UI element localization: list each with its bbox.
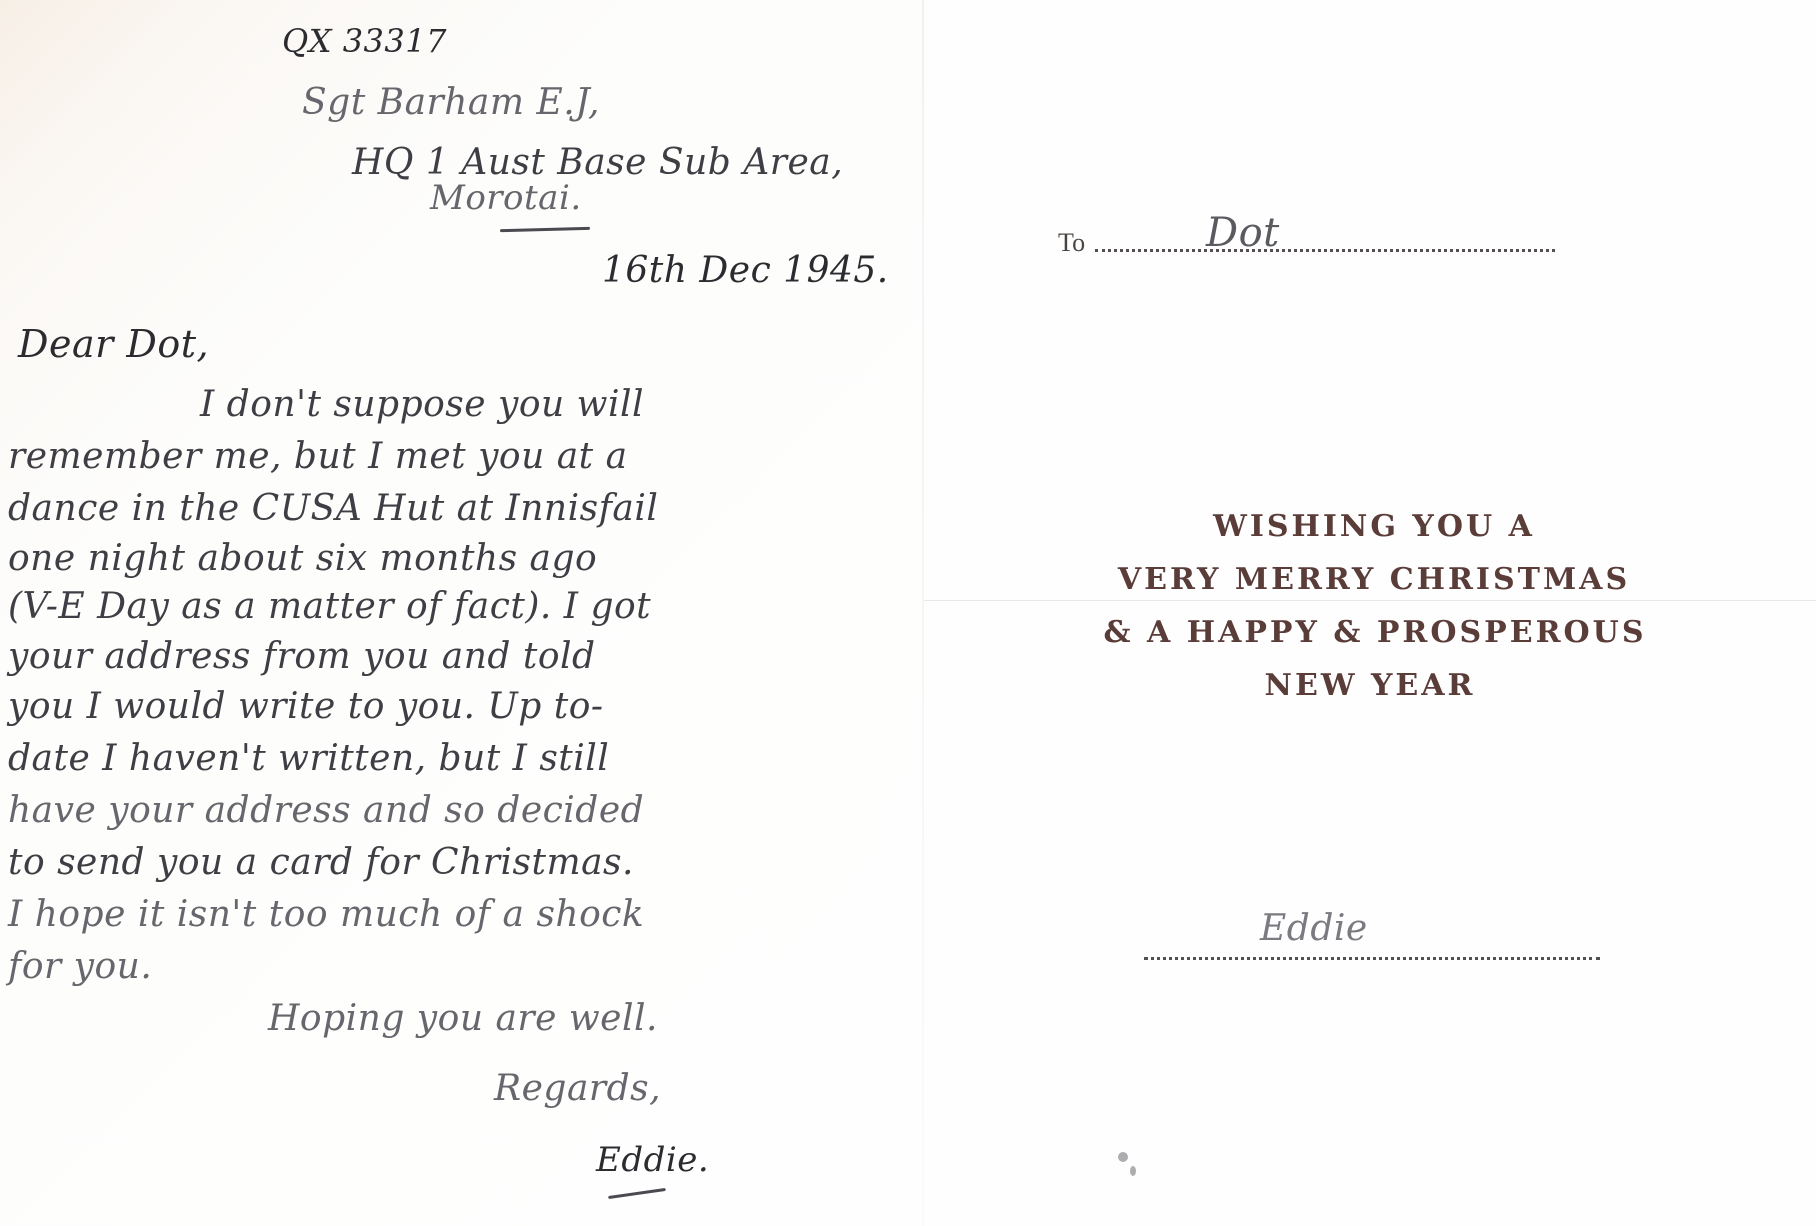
sender-name: Sgt Barham E.J, [302, 82, 600, 123]
from-line [1144, 952, 1600, 960]
body-line: remember me, but I met you at a [8, 436, 628, 477]
address-underline [500, 227, 590, 232]
to-dotted-line [1095, 244, 1555, 252]
greeting-line: VERY MERRY CHRISTMAS [932, 553, 1816, 606]
body-line: have your address and so decided [8, 790, 644, 831]
to-line: To [1058, 228, 1555, 258]
from-dotted-line [1144, 952, 1600, 960]
sender-unit: HQ 1 Aust Base Sub Area, [352, 142, 843, 183]
signature-underline [608, 1188, 666, 1199]
body-line: I don't suppose you will [200, 384, 644, 425]
body-line: I hope it isn't too much of a shock [8, 894, 644, 935]
letter-date: 16th Dec 1945. [602, 250, 889, 291]
ink-blot [1130, 1166, 1136, 1176]
body-line: dance in the CUSA Hut at Innisfail [8, 488, 658, 529]
card-page: To Dot WISHING YOU A VERY MERRY CHRISTMA… [924, 0, 1816, 1226]
body-line: for you. [8, 946, 152, 987]
letter-page: QX 33317 Sgt Barham E.J, HQ 1 Aust Base … [0, 0, 922, 1226]
service-number: QX 33317 [282, 22, 447, 60]
greeting-line: WISHING YOU A [932, 500, 1816, 553]
closing-line: Hoping you are well. [268, 998, 658, 1039]
scanned-document: QX 33317 Sgt Barham E.J, HQ 1 Aust Base … [0, 0, 1816, 1226]
ink-blot [1118, 1152, 1128, 1162]
body-line: to send you a card for Christmas. [8, 842, 634, 883]
body-line: (V-E Day as a matter of fact). I got [8, 586, 651, 627]
letter-signature: Eddie. [596, 1140, 709, 1180]
valediction: Regards, [494, 1068, 661, 1109]
greeting-line: & A HAPPY & PROSPEROUS [934, 606, 1816, 659]
card-greeting: WISHING YOU A VERY MERRY CHRISTMAS & A H… [924, 500, 1816, 712]
body-line: date I haven't written, but I still [8, 738, 609, 779]
body-line: your address from you and told [8, 636, 596, 677]
card-signature: Eddie [1260, 908, 1368, 949]
body-line: you I would write to you. Up to- [8, 686, 604, 727]
to-label: To [1058, 228, 1085, 258]
salutation: Dear Dot, [18, 322, 209, 366]
sender-location: Morotai. [430, 178, 582, 218]
body-line: one night about six months ago [8, 538, 597, 579]
card-recipient: Dot [1206, 210, 1280, 256]
greeting-line: NEW YEAR [924, 659, 1816, 712]
